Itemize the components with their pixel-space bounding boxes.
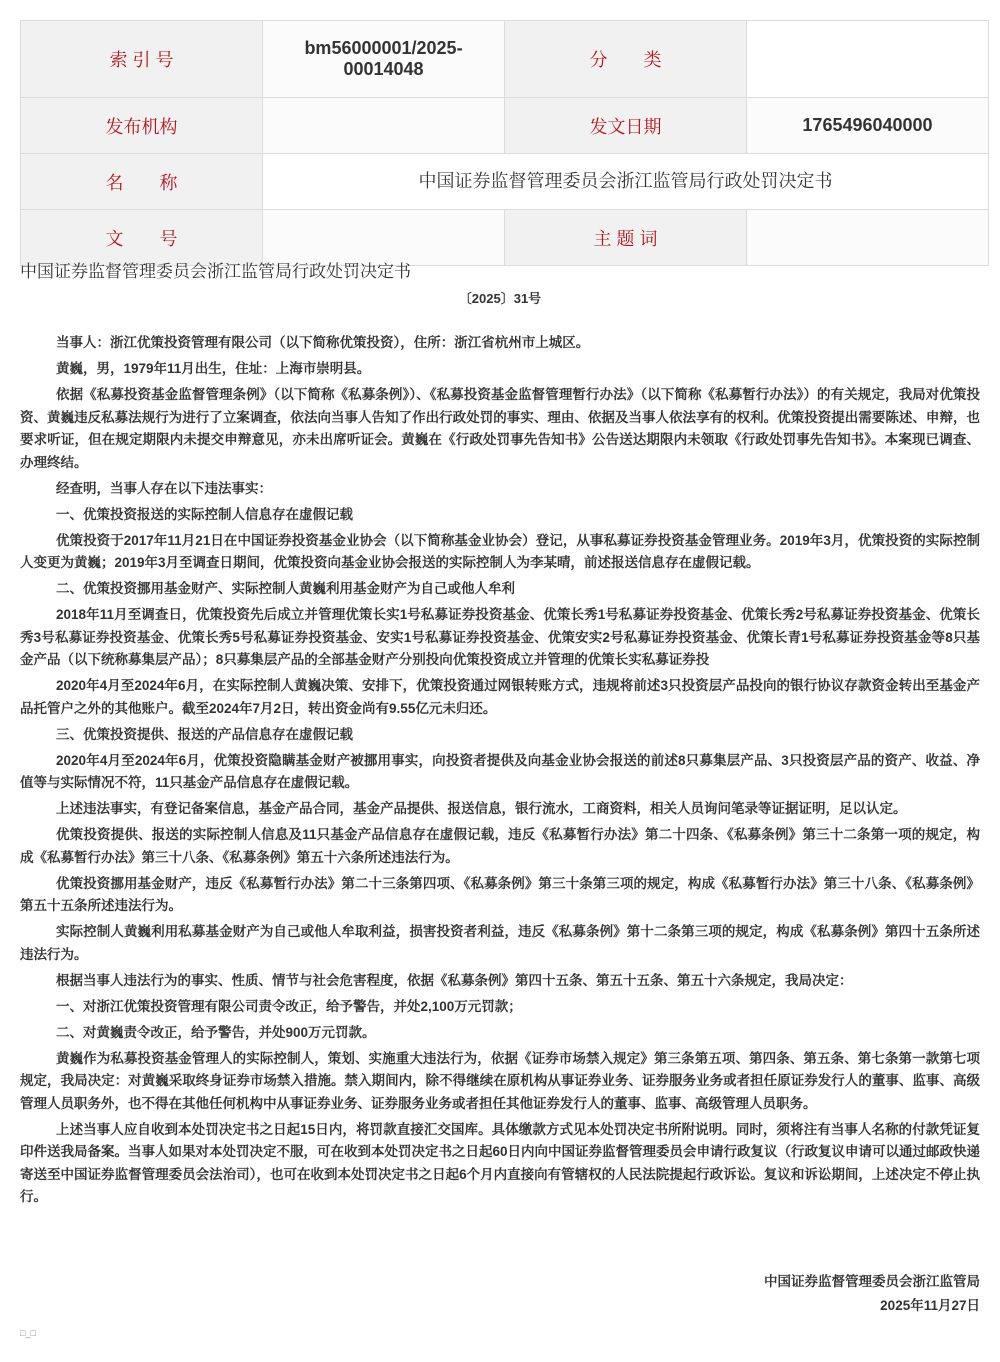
paragraph-payment-appeal: 上述当事人应自收到本处罚决定书之日起15日内，将罚款直接汇交国库。具体缴款方式见… xyxy=(20,1119,980,1209)
keywords-value xyxy=(747,210,989,266)
paragraph-party: 当事人：浙江优策投资管理有限公司（以下简称优策投资），住所：浙江省杭州市上城区。 xyxy=(20,332,980,355)
category-label: 分 类 xyxy=(505,21,747,98)
paragraph-market-ban: 黄巍作为私募投资基金管理人的实际控制人，策划、实施重大违法行为，依据《证券市场禁… xyxy=(20,1048,980,1116)
publisher-value xyxy=(263,98,505,154)
section-heading-2: 二、优策投资挪用基金财产、实际控制人黄巍利用基金财产为自己或他人牟利 xyxy=(20,578,980,601)
paragraph-findings-intro: 经查明，当事人存在以下违法事实： xyxy=(20,478,980,501)
name-value: 中国证券监督管理委员会浙江监管局行政处罚决定书 xyxy=(263,154,989,210)
category-value xyxy=(747,21,989,98)
signature-date: 2025年11月27日 xyxy=(764,1294,980,1318)
section-heading-1: 一、优策投资报送的实际控制人信息存在虚假记载 xyxy=(20,504,980,527)
paragraph: 2018年11月至调查日，优策投资先后成立并管理优策长实1号私募证券投资基金、优… xyxy=(20,604,980,672)
document-number-value xyxy=(263,210,505,266)
index-number-value: bm56000001/2025-00014048 xyxy=(263,21,505,98)
paragraph-violation-2: 优策投资挪用基金财产，违反《私募暂行办法》第二十三条第四项、《私募条例》第三十条… xyxy=(20,873,980,918)
document-title: 中国证券监督管理委员会浙江监管局行政处罚决定书 xyxy=(20,261,411,283)
document-metadata-table: 索 引 号 bm56000001/2025-00014048 分 类 发布机构 … xyxy=(20,20,989,266)
paragraph-violation-1: 优策投资提供、报送的实际控制人信息及11只基金产品信息存在虚假记载，违反《私募暂… xyxy=(20,824,980,869)
issuer-name: 中国证券监督管理委员会浙江监管局 xyxy=(764,1270,980,1294)
paragraph-person: 黄巍，男，1979年11月出生，住址：上海市崇明县。 xyxy=(20,358,980,381)
keywords-label: 主 题 词 xyxy=(505,210,747,266)
footer-placeholder-icon: □_□ xyxy=(20,1328,36,1338)
paragraph-basis: 依据《私募投资基金监督管理条例》（以下简称《私募条例》）、《私募投资基金监督管理… xyxy=(20,384,980,474)
paragraph-penalty-person: 二、对黄巍责令改正，给予警告，并处900万元罚款。 xyxy=(20,1022,980,1045)
document-number-label: 文 号 xyxy=(21,210,263,266)
index-number-label: 索 引 号 xyxy=(21,21,263,98)
section-heading-3: 三、优策投资提供、报送的产品信息存在虚假记载 xyxy=(20,724,980,747)
signature-block: 中国证券监督管理委员会浙江监管局 2025年11月27日 xyxy=(764,1270,980,1318)
paragraph: 2020年4月至2024年6月，优策投资隐瞒基金财产被挪用事实，向投资者提供及向… xyxy=(20,750,980,795)
name-label: 名 称 xyxy=(21,154,263,210)
paragraph: 优策投资于2017年11月21日在中国证券投资基金业协会（以下简称基金业协会）登… xyxy=(20,530,980,575)
paragraph-violation-3: 实际控制人黄巍利用私募基金财产为自己或他人牟取利益，损害投资者利益，违反《私募条… xyxy=(20,921,980,966)
issue-date-value: 1765496040000 xyxy=(747,98,989,154)
document-body: 当事人：浙江优策投资管理有限公司（以下简称优策投资），住所：浙江省杭州市上城区。… xyxy=(20,332,980,1212)
paragraph: 2020年4月至2024年6月，在实际控制人黄巍决策、安排下，优策投资通过网银转… xyxy=(20,675,980,720)
document-number: 〔2025〕31号 xyxy=(0,288,1000,307)
publisher-label: 发布机构 xyxy=(21,98,263,154)
paragraph-decision-intro: 根据当事人违法行为的事实、性质、情节与社会危害程度，依据《私募条例》第四十五条、… xyxy=(20,970,980,993)
paragraph-evidence: 上述违法事实，有登记备案信息，基金产品合同，基金产品提供、报送信息，银行流水，工… xyxy=(20,798,980,821)
issue-date-label: 发文日期 xyxy=(505,98,747,154)
paragraph-penalty-company: 一、对浙江优策投资管理有限公司责令改正，给予警告，并处2,100万元罚款； xyxy=(20,996,980,1019)
